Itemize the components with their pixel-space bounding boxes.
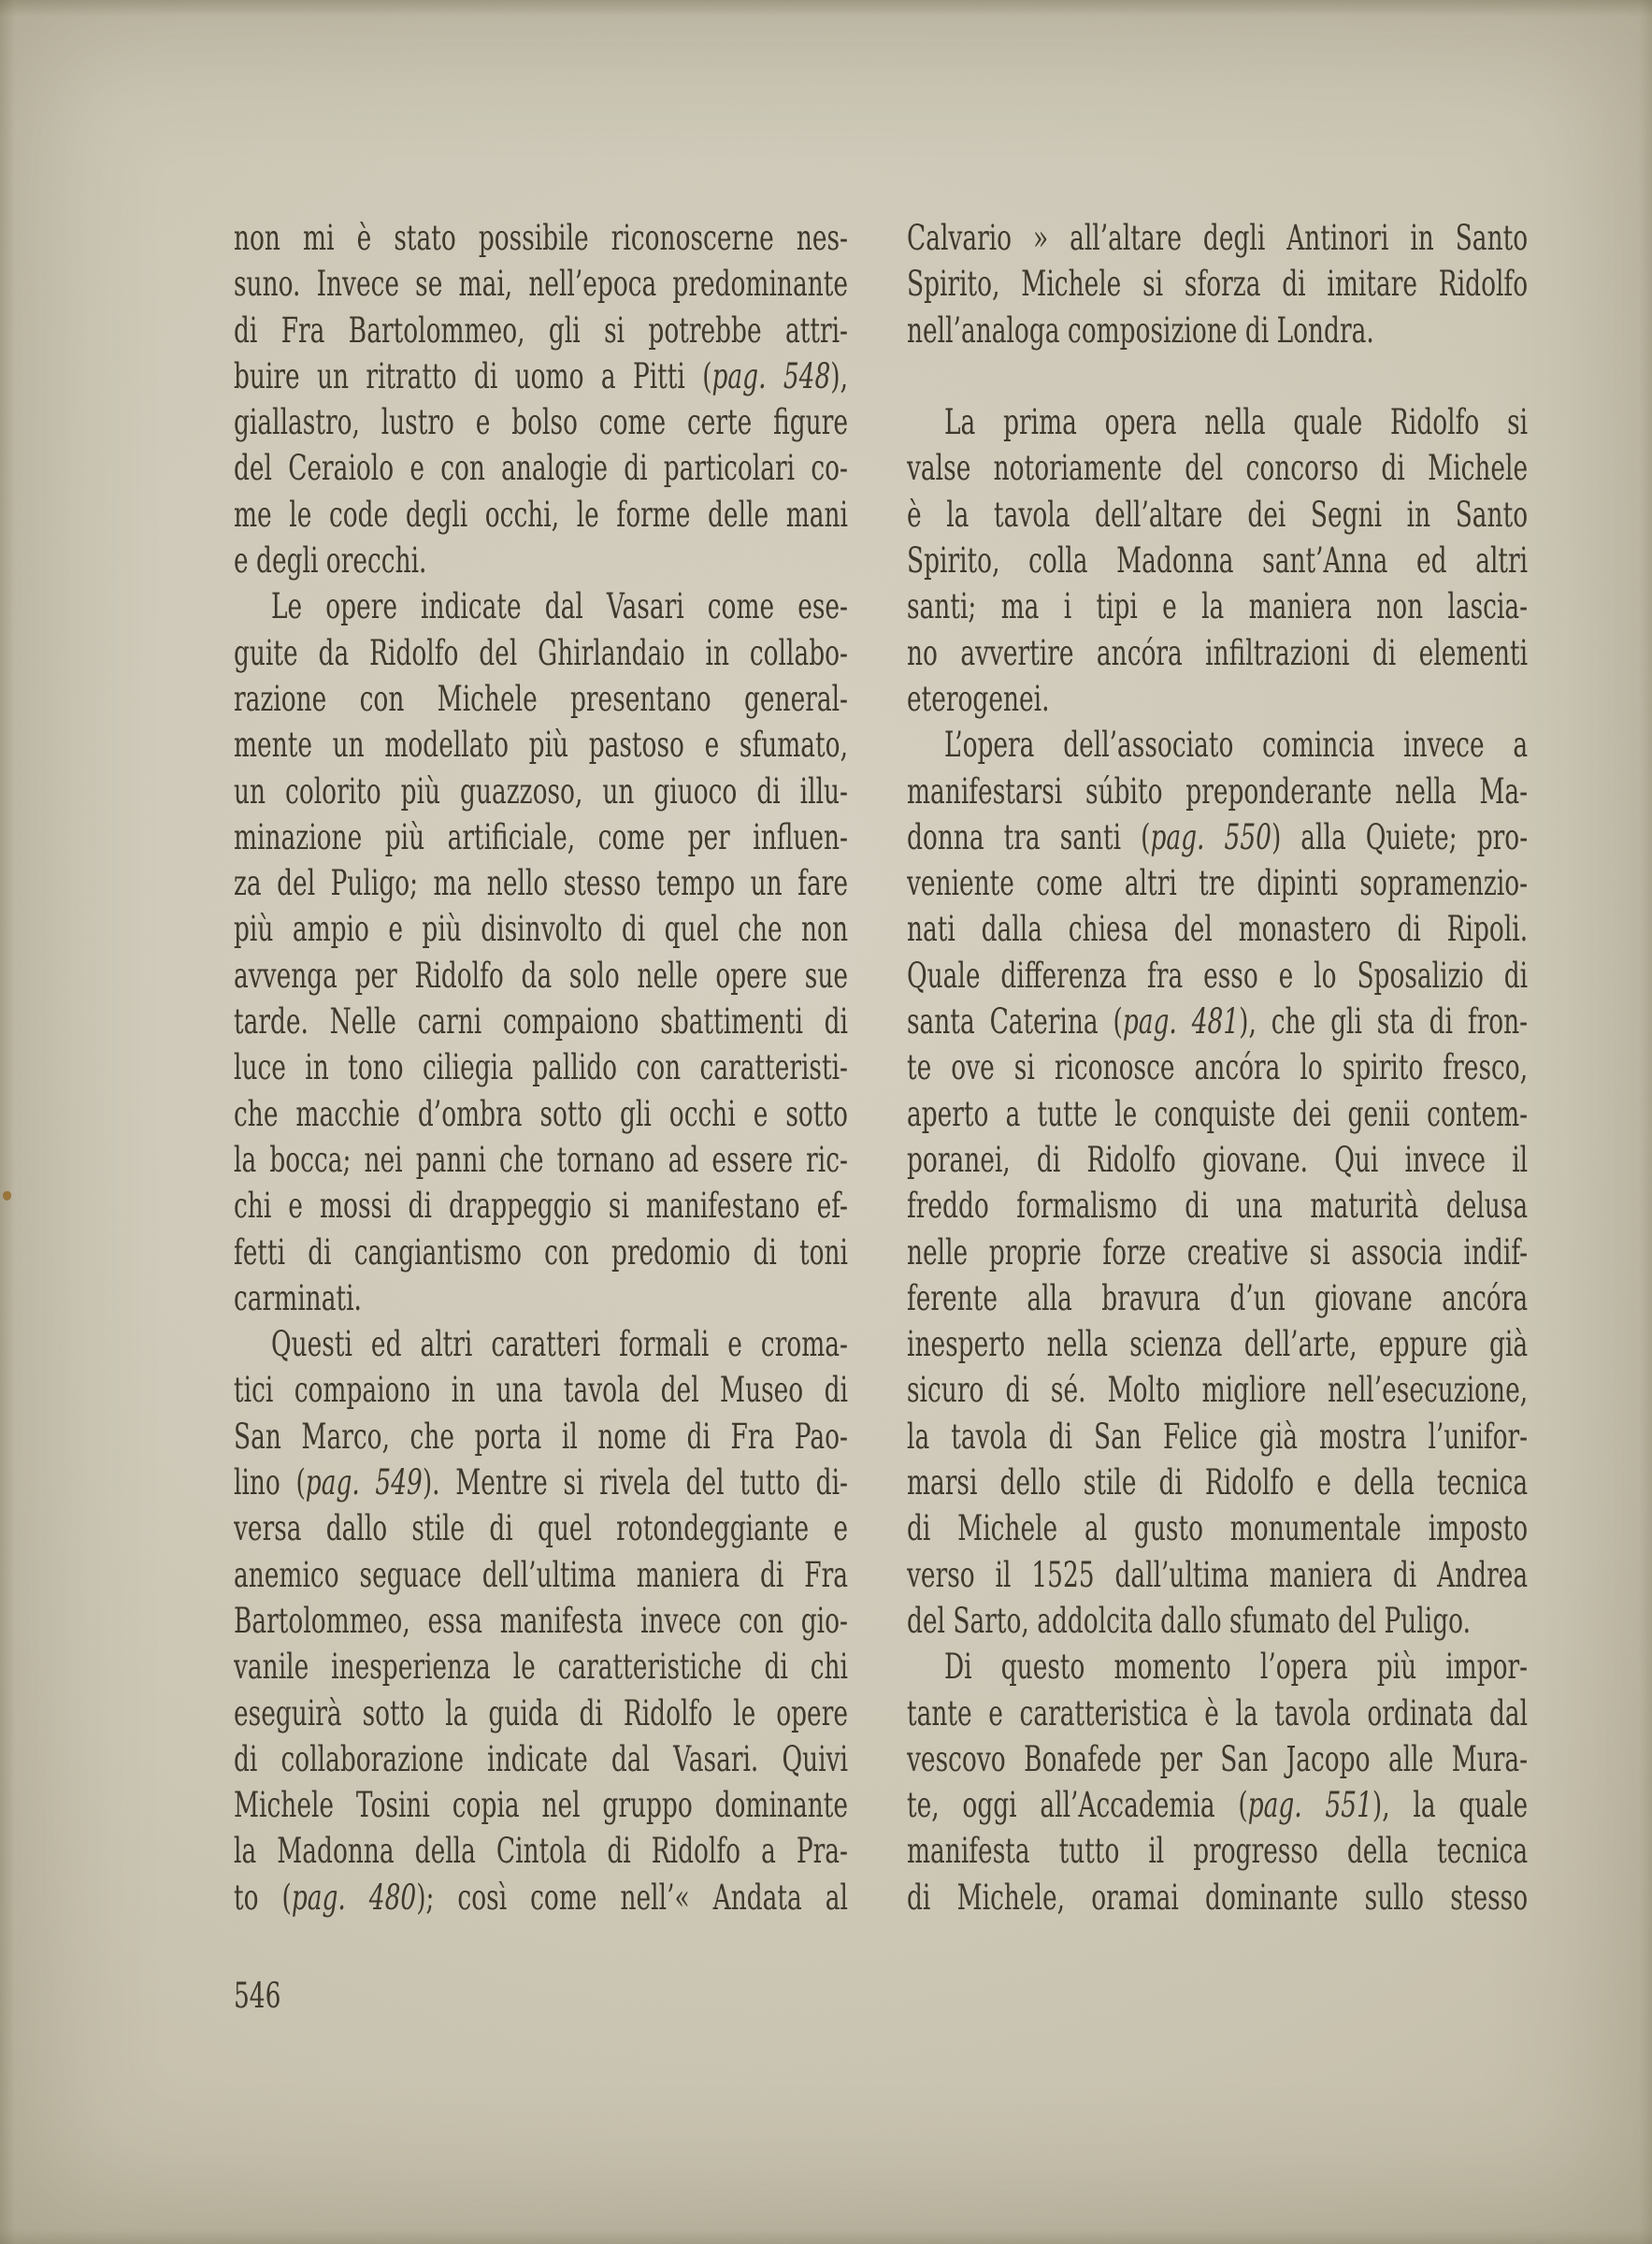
text-line: Di questo momento l’opera più impor- [907,1644,1528,1690]
text-line: un colorito più guazzoso, un giuoco di i… [234,769,848,814]
text-line: valse notoriamente del concorso di Miche… [907,445,1528,491]
text-line: tante e caratteristica è la tavola ordin… [907,1690,1528,1736]
text-line: non mi è stato possibile riconoscerne ne… [234,215,848,261]
text-line: eterogenei. [907,676,1528,722]
text-line: lino (pag. 549). Mentre si rivela del tu… [234,1460,848,1505]
text-line: Bartolommeo, essa manifesta invece con g… [234,1598,848,1644]
text-line: nelle proprie forze creative si associa … [907,1230,1528,1275]
text-line: la Madonna della Cintola di Ridolfo a Pr… [234,1828,848,1874]
text-line: manifesta tutto il progresso della tecni… [907,1828,1528,1874]
text-line: inesperto nella scienza dell’arte, eppur… [907,1321,1528,1367]
text-line: te ove si riconosce ancóra lo spirito fr… [907,1044,1528,1090]
text-line: La prima opera nella quale Ridolfo si [907,399,1528,445]
text-line: di Michele al gusto monumentale imposto [907,1505,1528,1551]
text-line: tici compaiono in una tavola del Museo d… [234,1367,848,1413]
text-line: buire un ritratto di uomo a Pitti (pag. … [234,353,848,399]
text-line: santi; ma i tipi e la maniera non lascia… [907,583,1528,629]
text-line: di collaborazione indicate dal Vasari. Q… [234,1736,848,1782]
text-line: santa Caterina (pag. 481), che gli sta d… [907,999,1528,1044]
right-column: Calvario » all’altare degli Antinori in … [907,215,1528,1920]
book-page-scan: non mi è stato possibile riconoscerne ne… [0,0,1652,2244]
text-line: suno. Invece se mai, nell’epoca predomin… [234,261,848,307]
text-line: anemico seguace dell’ultima maniera di F… [234,1552,848,1598]
text-line: to (pag. 480); così come nell’« Andata a… [234,1875,848,1920]
text-line: razione con Michele presentano general- [234,676,848,722]
text-line: nati dalla chiesa del monastero di Ripol… [907,906,1528,952]
text-line: marsi dello stile di Ridolfo e della tec… [907,1460,1528,1505]
text-line: Calvario » all’altare degli Antinori in … [907,215,1528,261]
text-line: vanile inesperienza le caratteristiche d… [234,1644,848,1690]
text-line: del Ceraiolo e con analogie di particola… [234,445,848,491]
text-line: tarde. Nelle carni compaiono sbattimenti… [234,999,848,1044]
text-line: carminati. [234,1275,848,1321]
text-line: di Fra Bartolommeo, gli si potrebbe attr… [234,308,848,353]
text-line: te, oggi all’Accademia (pag. 551), la qu… [907,1782,1528,1828]
text-line: donna tra santi (pag. 550) alla Quiete; … [907,814,1528,860]
text-line: la tavola di San Felice già mostra l’uni… [907,1414,1528,1460]
text-line: più ampio e più disinvolto di quel che n… [234,906,848,952]
text-line: luce in tono ciliegia pallido con caratt… [234,1044,848,1090]
text-line: veniente come altri tre dipinti sopramen… [907,860,1528,906]
text-line: L’opera dell’associato comincia invece a [907,722,1528,768]
text-line: Michele Tosini copia nel gruppo dominant… [234,1782,848,1828]
text-line: Quale differenza fra esso e lo Sposalizi… [907,953,1528,999]
text-line: San Marco, che porta il nome di Fra Pao- [234,1414,848,1460]
text-line: eseguirà sotto la guida di Ridolfo le op… [234,1690,848,1736]
text-line: Spirito, Michele si sforza di imitare Ri… [907,261,1528,307]
text-line: Le opere indicate dal Vasari come ese- [234,583,848,629]
text-line: aperto a tutte le conquiste dei genii co… [907,1091,1528,1137]
page-number: 546 [234,1973,280,2020]
text-line: mente un modellato più pastoso e sfumato… [234,722,848,768]
ink-speck [3,1191,11,1201]
text-line: Questi ed altri caratteri formali e crom… [234,1321,848,1367]
text-line: ferente alla bravura d’un giovane ancóra [907,1275,1528,1321]
text-line: guite da Ridolfo del Ghirlandaio in coll… [234,630,848,676]
text-line: chi e mossi di drappeggio si manifestano… [234,1183,848,1229]
text-line: la bocca; nei panni che tornano ad esser… [234,1137,848,1183]
text-line: no avvertire ancóra infiltrazioni di ele… [907,630,1528,676]
text-line: fetti di cangiantismo con predomio di to… [234,1230,848,1275]
blank-line [907,353,1528,399]
text-line: vescovo Bonafede per San Jacopo alle Mur… [907,1736,1528,1782]
text-line: sicuro di sé. Molto migliore nell’esecuz… [907,1367,1528,1413]
text-line: avvenga per Ridolfo da solo nelle opere … [234,953,848,999]
text-line: za del Puligo; ma nello stesso tempo un … [234,860,848,906]
text-line: che macchie d’ombra sotto gli occhi e so… [234,1091,848,1137]
text-line: poranei, di Ridolfo giovane. Qui invece … [907,1137,1528,1183]
text-line: di Michele, oramai dominante sullo stess… [907,1875,1528,1920]
text-line: del Sarto, addolcita dallo sfumato del P… [907,1598,1528,1644]
text-line: è la tavola dell’altare dei Segni in San… [907,492,1528,538]
text-line: Spirito, colla Madonna sant’Anna ed altr… [907,538,1528,583]
text-line: giallastro, lustro e bolso come certe fi… [234,399,848,445]
text-line: me le code degli occhi, le forme delle m… [234,492,848,538]
text-line: nell’analoga composizione di Londra. [907,308,1528,353]
text-line: versa dallo stile di quel rotondeggiante… [234,1505,848,1551]
text-line: e degli orecchi. [234,538,848,583]
left-column: non mi è stato possibile riconoscerne ne… [234,215,848,1920]
text-line: manifestarsi súbito preponderante nella … [907,769,1528,814]
text-line: freddo formalismo di una maturità delusa [907,1183,1528,1229]
text-line: verso il 1525 dall’ultima maniera di And… [907,1552,1528,1598]
text-line: minazione più artificiale, come per infl… [234,814,848,860]
